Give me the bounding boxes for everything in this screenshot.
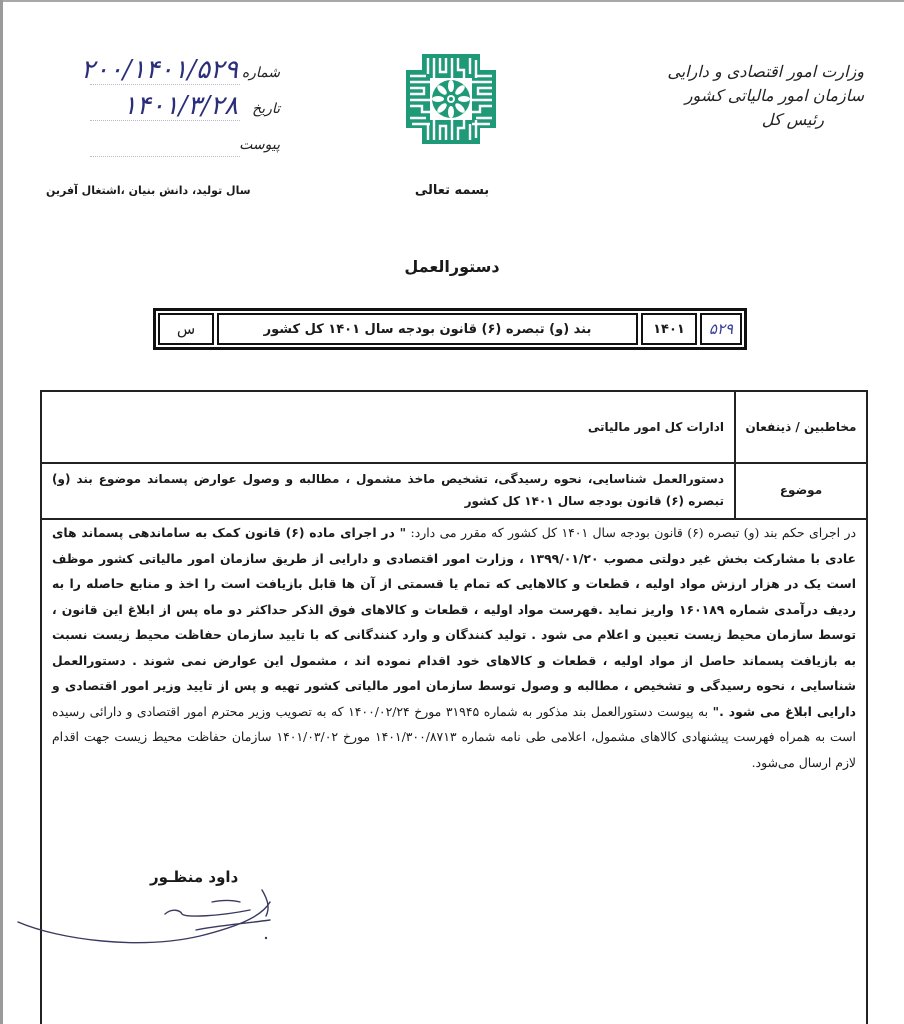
reference-number: ۵۲۹ xyxy=(709,320,733,338)
signer-position: رئیس کل xyxy=(644,108,864,132)
addressees-label: مخاطبین / ذینفعان xyxy=(734,392,866,462)
reference-subject-cell: بند (و) تبصره (۶) قانون بودجه سال ۱۴۰۱ ک… xyxy=(217,313,638,345)
letter-date-row: تاریخ ۱۴۰۱/۳/۲۸ xyxy=(60,91,280,127)
image-top-edge xyxy=(0,0,904,2)
letter-number-row: شماره ۲۰۰/۱۴۰۱/۵۲۹ xyxy=(60,55,280,91)
letter-attachment-row: پیوست xyxy=(60,127,280,163)
body-intro: در اجرای حکم بند (و) تبصره (۶) قانون بود… xyxy=(406,525,856,540)
reference-year-cell: ۱۴۰۱ xyxy=(641,313,697,345)
dotted-line xyxy=(90,156,240,157)
reference-table: ۵۲۹ ۱۴۰۱ بند (و) تبصره (۶) قانون بودجه س… xyxy=(153,308,747,350)
body-text: در اجرای حکم بند (و) تبصره (۶) قانون بود… xyxy=(52,520,856,775)
reference-classification-cell: س xyxy=(158,313,214,345)
letter-number-label: شماره xyxy=(242,65,280,81)
addressees-value: ادارات کل امور مالیاتی xyxy=(42,392,734,462)
letter-number-value: ۲۰۰/۱۴۰۱/۵۲۹ xyxy=(81,55,238,85)
dotted-line xyxy=(90,84,240,85)
body-quote: " در اجرای ماده (۶) قانون کمک به سامانده… xyxy=(52,525,856,719)
subject-row: موضوع دستورالعمل شناسایی، نحوه رسیدگی، ت… xyxy=(42,462,866,520)
year-slogan: سال تولید، دانش بنیان ،اشتغال آفرین xyxy=(46,184,251,197)
addressees-row: مخاطبین / ذینفعان ادارات کل امور مالیاتی xyxy=(42,392,866,464)
subject-label: موضوع xyxy=(734,462,866,518)
tax-organization-logo-icon xyxy=(400,48,502,150)
letter-meta-block: شماره ۲۰۰/۱۴۰۱/۵۲۹ تاریخ ۱۴۰۱/۳/۲۸ پیوست xyxy=(60,55,280,163)
ministry-name: وزارت امور اقتصادی و دارایی xyxy=(644,60,864,84)
document-title: دستورالعمل xyxy=(0,257,904,276)
reference-number-cell: ۵۲۹ xyxy=(700,313,742,345)
signature-mark xyxy=(0,880,300,960)
bismillah-heading: بسمه تعالی xyxy=(404,183,500,198)
ministry-heading: وزارت امور اقتصادی و دارایی سازمان امور … xyxy=(644,60,864,132)
letter-attachment-label: پیوست xyxy=(239,137,280,153)
image-left-edge xyxy=(0,0,3,1024)
organization-name: سازمان امور مالیاتی کشور xyxy=(644,84,864,108)
letter-date-label: تاریخ xyxy=(252,101,280,117)
subject-value: دستورالعمل شناسایی، نحوه رسیدگی، تشخیص م… xyxy=(42,462,734,518)
letter-date-value: ۱۴۰۱/۳/۲۸ xyxy=(123,91,238,121)
dotted-line xyxy=(90,120,240,121)
